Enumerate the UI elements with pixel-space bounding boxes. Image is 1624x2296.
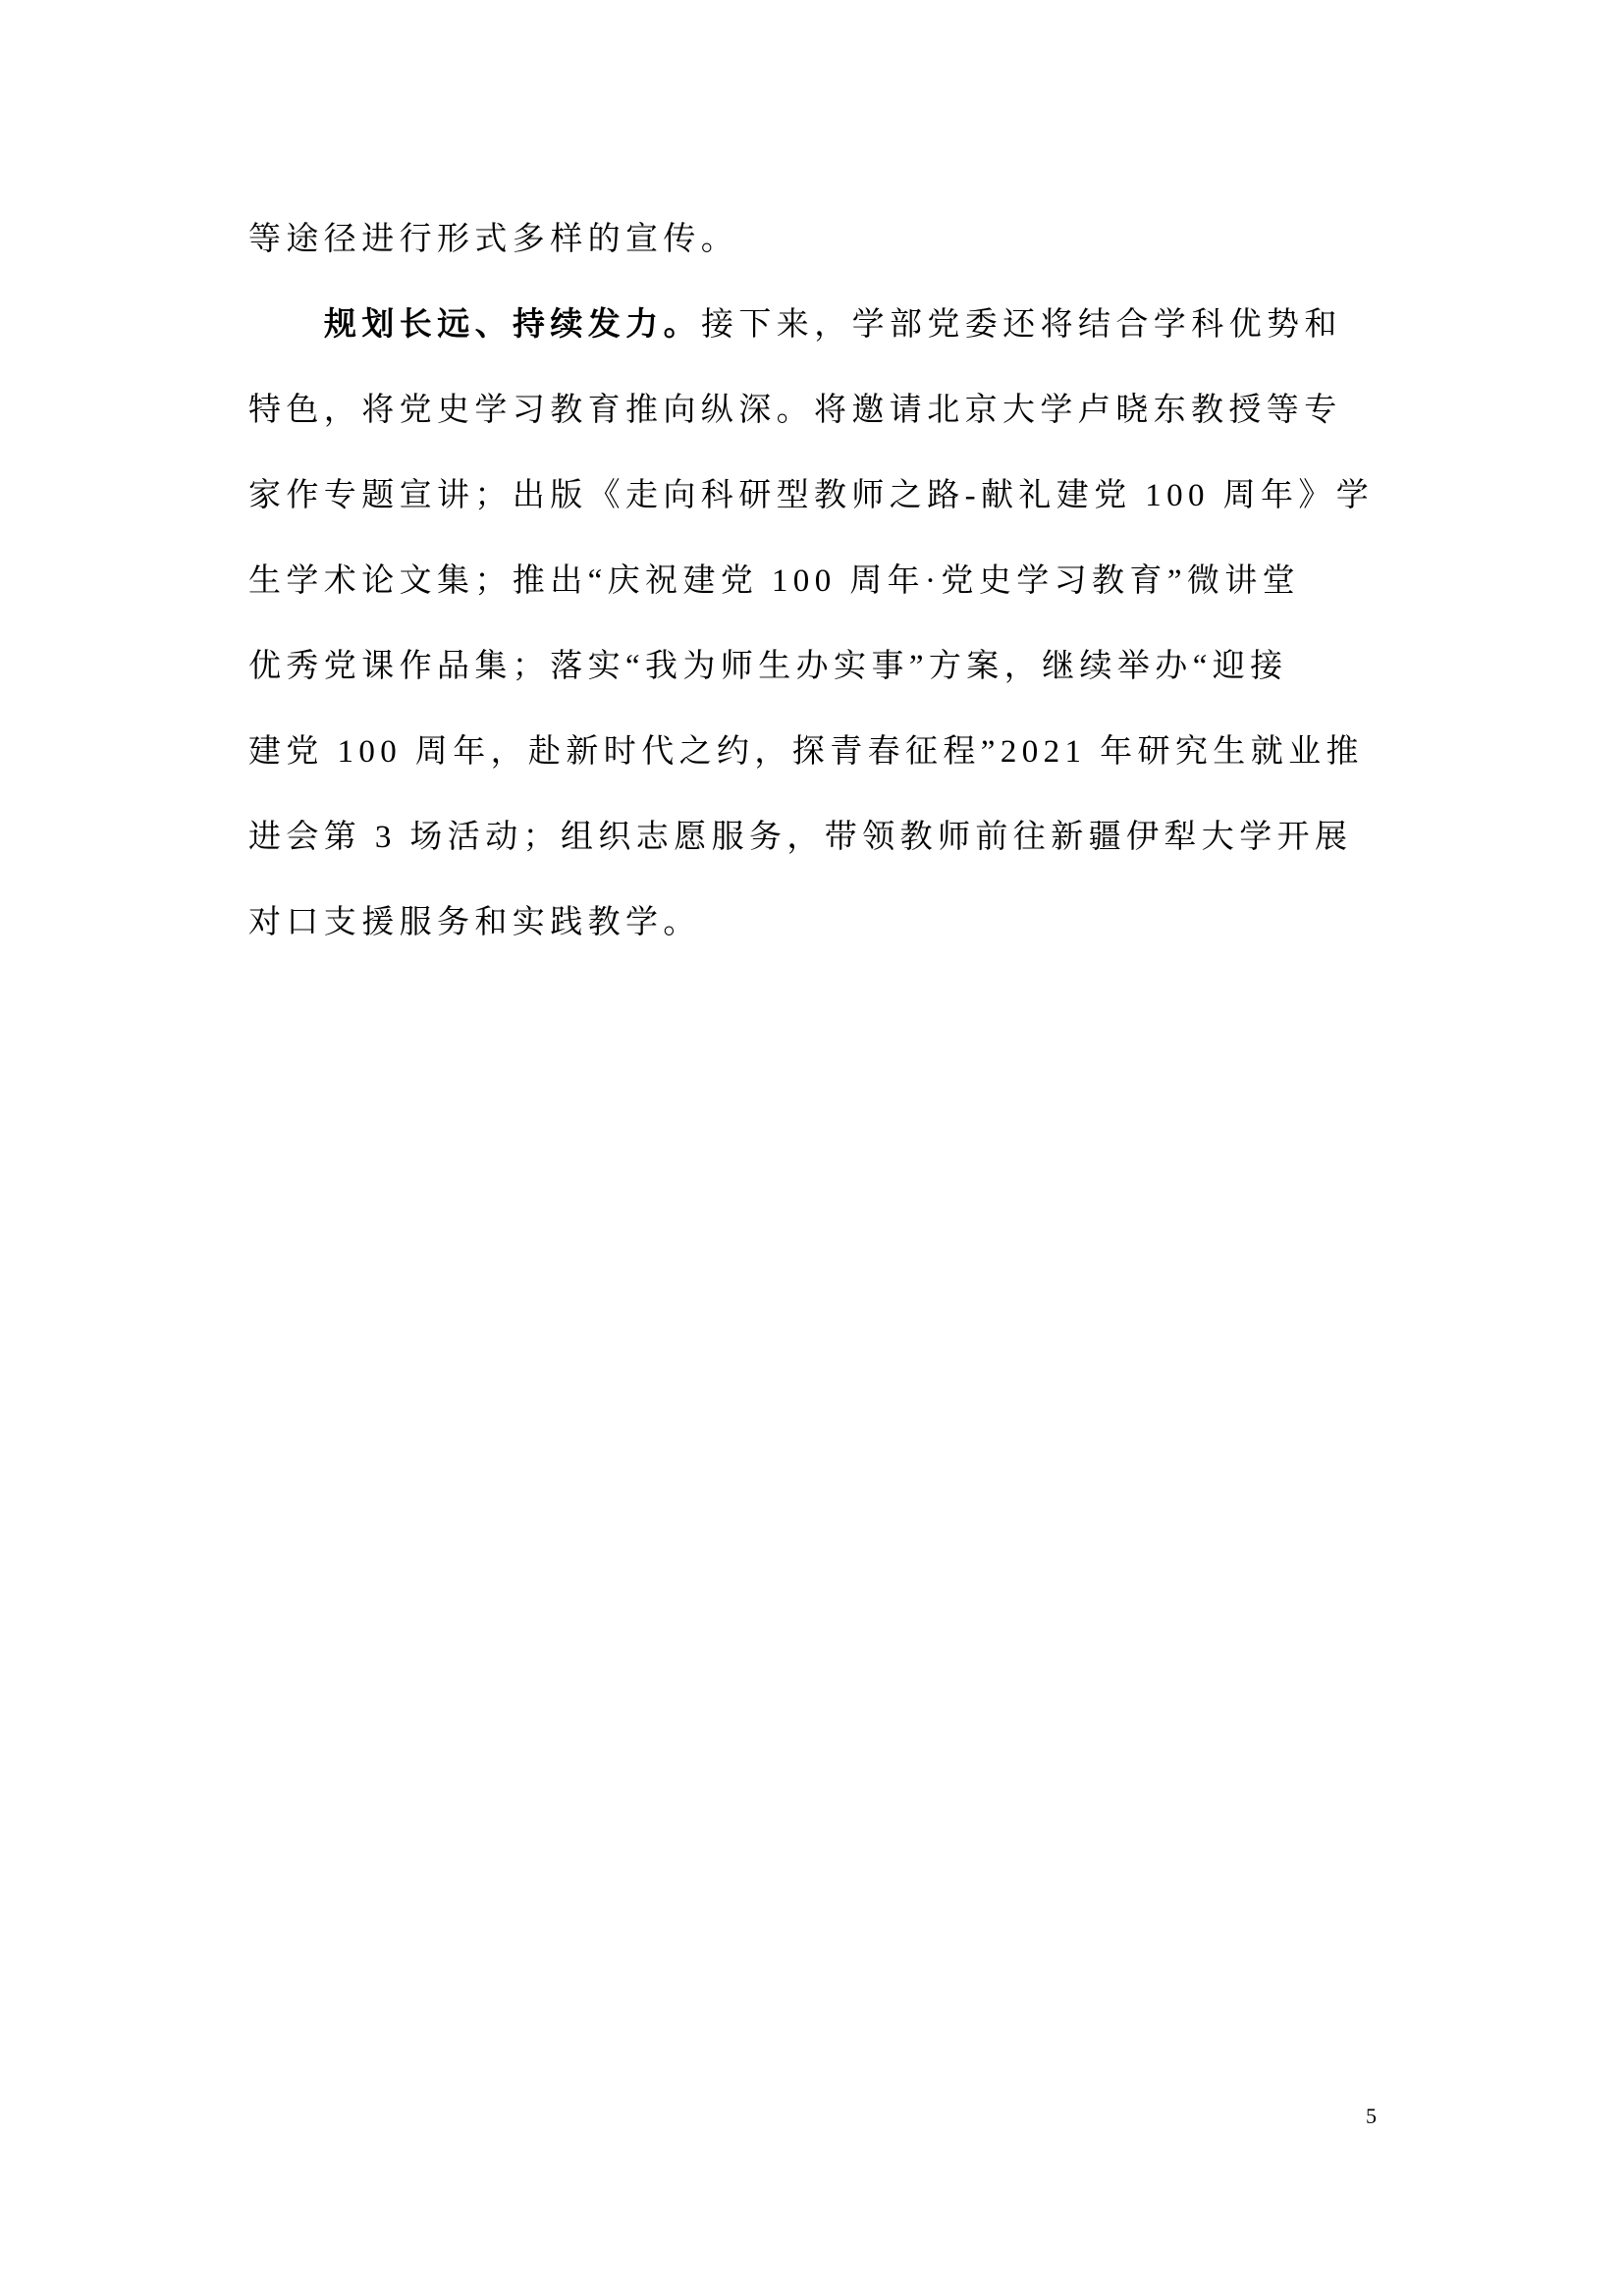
paragraph-2-line-4: 生学术论文集；推出“庆祝建党 100 周年·党史学习教育”微讲堂 — [248, 539, 1368, 624]
paragraph-2-line-1-text: 接下来，学部党委还将结合学科优势和 — [701, 307, 1342, 343]
paragraph-1-line-1: 等途径进行形式多样的宣传。 — [248, 197, 1368, 283]
paragraph-2-line-8: 对口支援服务和实践教学。 — [248, 881, 1368, 966]
paragraph-2-line-7: 进会第 3 场活动；组织志愿服务，带领教师前往新疆伊犁大学开展 — [248, 795, 1368, 881]
paragraph-2-line-6: 建党 100 周年，赴新时代之约，探青春征程”2021 年研究生就业推 — [248, 710, 1368, 795]
paragraph-lead-heading: 规划长远、持续发力。 — [324, 307, 701, 343]
page-number: 5 — [1366, 2103, 1377, 2130]
paragraph-2-line-5: 优秀党课作品集；落实“我为师生办实事”方案，继续举办“迎接 — [248, 624, 1368, 710]
document-page: 等途径进行形式多样的宣传。 规划长远、持续发力。接下来，学部党委还将结合学科优势… — [0, 0, 1624, 2296]
paragraph-2-line-1: 规划长远、持续发力。接下来，学部党委还将结合学科优势和 — [248, 283, 1368, 368]
paragraph-2-line-3: 家作专题宣讲；出版《走向科研型教师之路-献礼建党 100 周年》学 — [248, 454, 1368, 539]
body-text: 等途径进行形式多样的宣传。 规划长远、持续发力。接下来，学部党委还将结合学科优势… — [248, 197, 1368, 966]
paragraph-2-line-2: 特色，将党史学习教育推向纵深。将邀请北京大学卢晓东教授等专 — [248, 368, 1368, 454]
